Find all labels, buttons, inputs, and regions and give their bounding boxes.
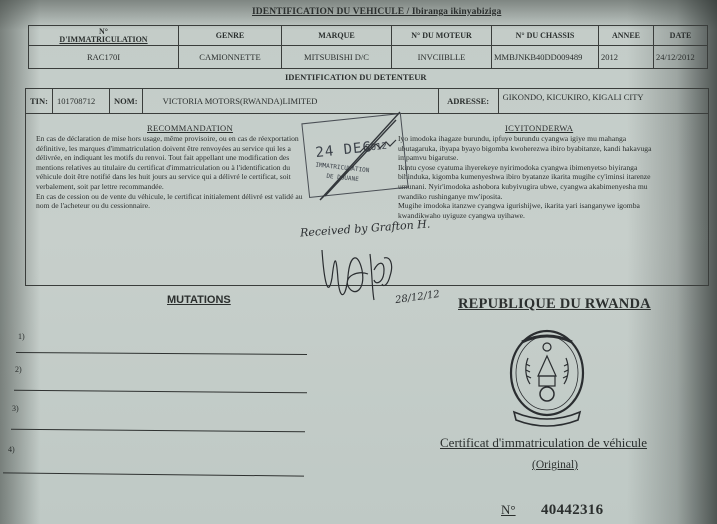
recommandation-text: En cas de déclaration de mise hors usage… — [36, 134, 336, 211]
icyitonderwa-title: ICYITONDERWA — [505, 123, 573, 133]
icy-line: rwandiko rushinganye mw'iposita. — [398, 192, 698, 202]
certificate-title: Certificat d'immatriculation de véhicule — [440, 435, 647, 451]
certificate-number: 40442316 — [541, 502, 603, 519]
value-chassis: MMBJNKB40DD009489 — [492, 46, 599, 69]
value-date: 24/12/2012 — [654, 46, 708, 69]
mutation-number-2: 2) — [15, 365, 22, 374]
rec-line: verbalement, soit par lettre recommandée… — [36, 182, 336, 192]
icy-line: kwandikwaho uyiguze cyangwa uyihawe. — [398, 211, 698, 221]
recommandation-title: RECOMMANDATION — [147, 123, 233, 133]
icyitonderwa-text: Iyo imodoka ihagaze burundu, ipfuye buru… — [398, 134, 698, 220]
header-moteur: N° DU MOTEUR — [392, 26, 492, 46]
holder-section-title: IDENTIFICATION DU DETENTEUR — [285, 72, 427, 82]
value-annee: 2012 — [599, 46, 654, 69]
value-moteur: INVCIIBLLE — [392, 46, 492, 69]
rec-line: délivrée, en indiquant les motifs du ren… — [36, 153, 336, 163]
mutation-number-3: 3) — [12, 404, 19, 413]
rec-line: véhicule doit être notifié dans les huit… — [36, 172, 336, 182]
certificate-type: (Original) — [532, 459, 578, 471]
certificate-number-label: N° — [501, 502, 516, 518]
rec-line: nom de l'acheteur ou du cessionnaire. — [36, 201, 336, 211]
header-immat-label: D'IMMATRICULATION — [31, 36, 176, 44]
icy-line: Ikintu cyose cyatuma ihyerekeye nyirimod… — [398, 163, 698, 173]
value-marque: MITSUBISHI D/C — [282, 46, 392, 69]
mutation-number-4: 4) — [8, 445, 15, 454]
vehicle-table-row: RAC170I CAMIONNETTE MITSUBISHI D/C INVCI… — [29, 46, 708, 69]
rec-line: En cas de cession ou de vente du véhicul… — [36, 192, 336, 202]
mutations-title: MUTATIONS — [167, 294, 231, 306]
header-marque: MARQUE — [282, 26, 392, 46]
tin-value: 101708712 — [53, 89, 110, 114]
value-immatriculation: RAC170I — [29, 46, 179, 69]
rec-line: mentions relatives au titulaire du certi… — [36, 163, 336, 173]
header-immatriculation: N° D'IMMATRICULATION — [29, 26, 179, 46]
header-date: DATE — [654, 26, 708, 46]
icy-line: Mugihe imodoka itanzwe cyangwa igurishij… — [398, 201, 698, 211]
value-genre: CAMIONNETTE — [179, 46, 282, 69]
icy-line: bihinduka, kigomba kumenyeshwa ibiro bya… — [398, 172, 698, 182]
name-label: NOM: — [110, 89, 143, 114]
address-value: GIKONDO, KICUKIRO, KIGALI CITY — [498, 89, 708, 114]
republic-title: REPUBLIQUE DU RWANDA — [458, 296, 651, 313]
stamp-signature-scribble-icon — [300, 100, 410, 210]
address-label: ADRESSE: — [438, 89, 498, 114]
signature-icon — [318, 240, 398, 310]
header-chassis: N° DU CHASSIS — [492, 26, 599, 46]
icy-line: umunani. Nyir'imodoka ashobora kubyivugi… — [398, 182, 698, 192]
icy-line: Iyo imodoka ihagaze burundu, ipfuye buru… — [398, 134, 698, 144]
vehicle-table-header-row: N° D'IMMATRICULATION GENRE MARQUE N° DU … — [29, 26, 708, 46]
vehicle-table: N° D'IMMATRICULATION GENRE MARQUE N° DU … — [28, 25, 708, 69]
tin-label: TIN: — [26, 89, 53, 114]
vehicle-section-title: IDENTIFICATION DU VEHICULE / Ibiranga ik… — [252, 7, 501, 17]
header-genre: GENRE — [179, 26, 282, 46]
rec-line: définitive, les marques d'immatriculatio… — [36, 144, 336, 154]
rwanda-coat-of-arms-icon — [508, 328, 586, 428]
rec-line: En cas de déclaration de mise hors usage… — [36, 134, 336, 144]
icy-line: ubutagaruka, ibyapa byayo bigomba kwoher… — [398, 144, 698, 154]
icy-line: impamvu bigarutse. — [398, 153, 698, 163]
header-annee: ANNEE — [599, 26, 654, 46]
mutation-number-1: 1) — [18, 332, 25, 341]
